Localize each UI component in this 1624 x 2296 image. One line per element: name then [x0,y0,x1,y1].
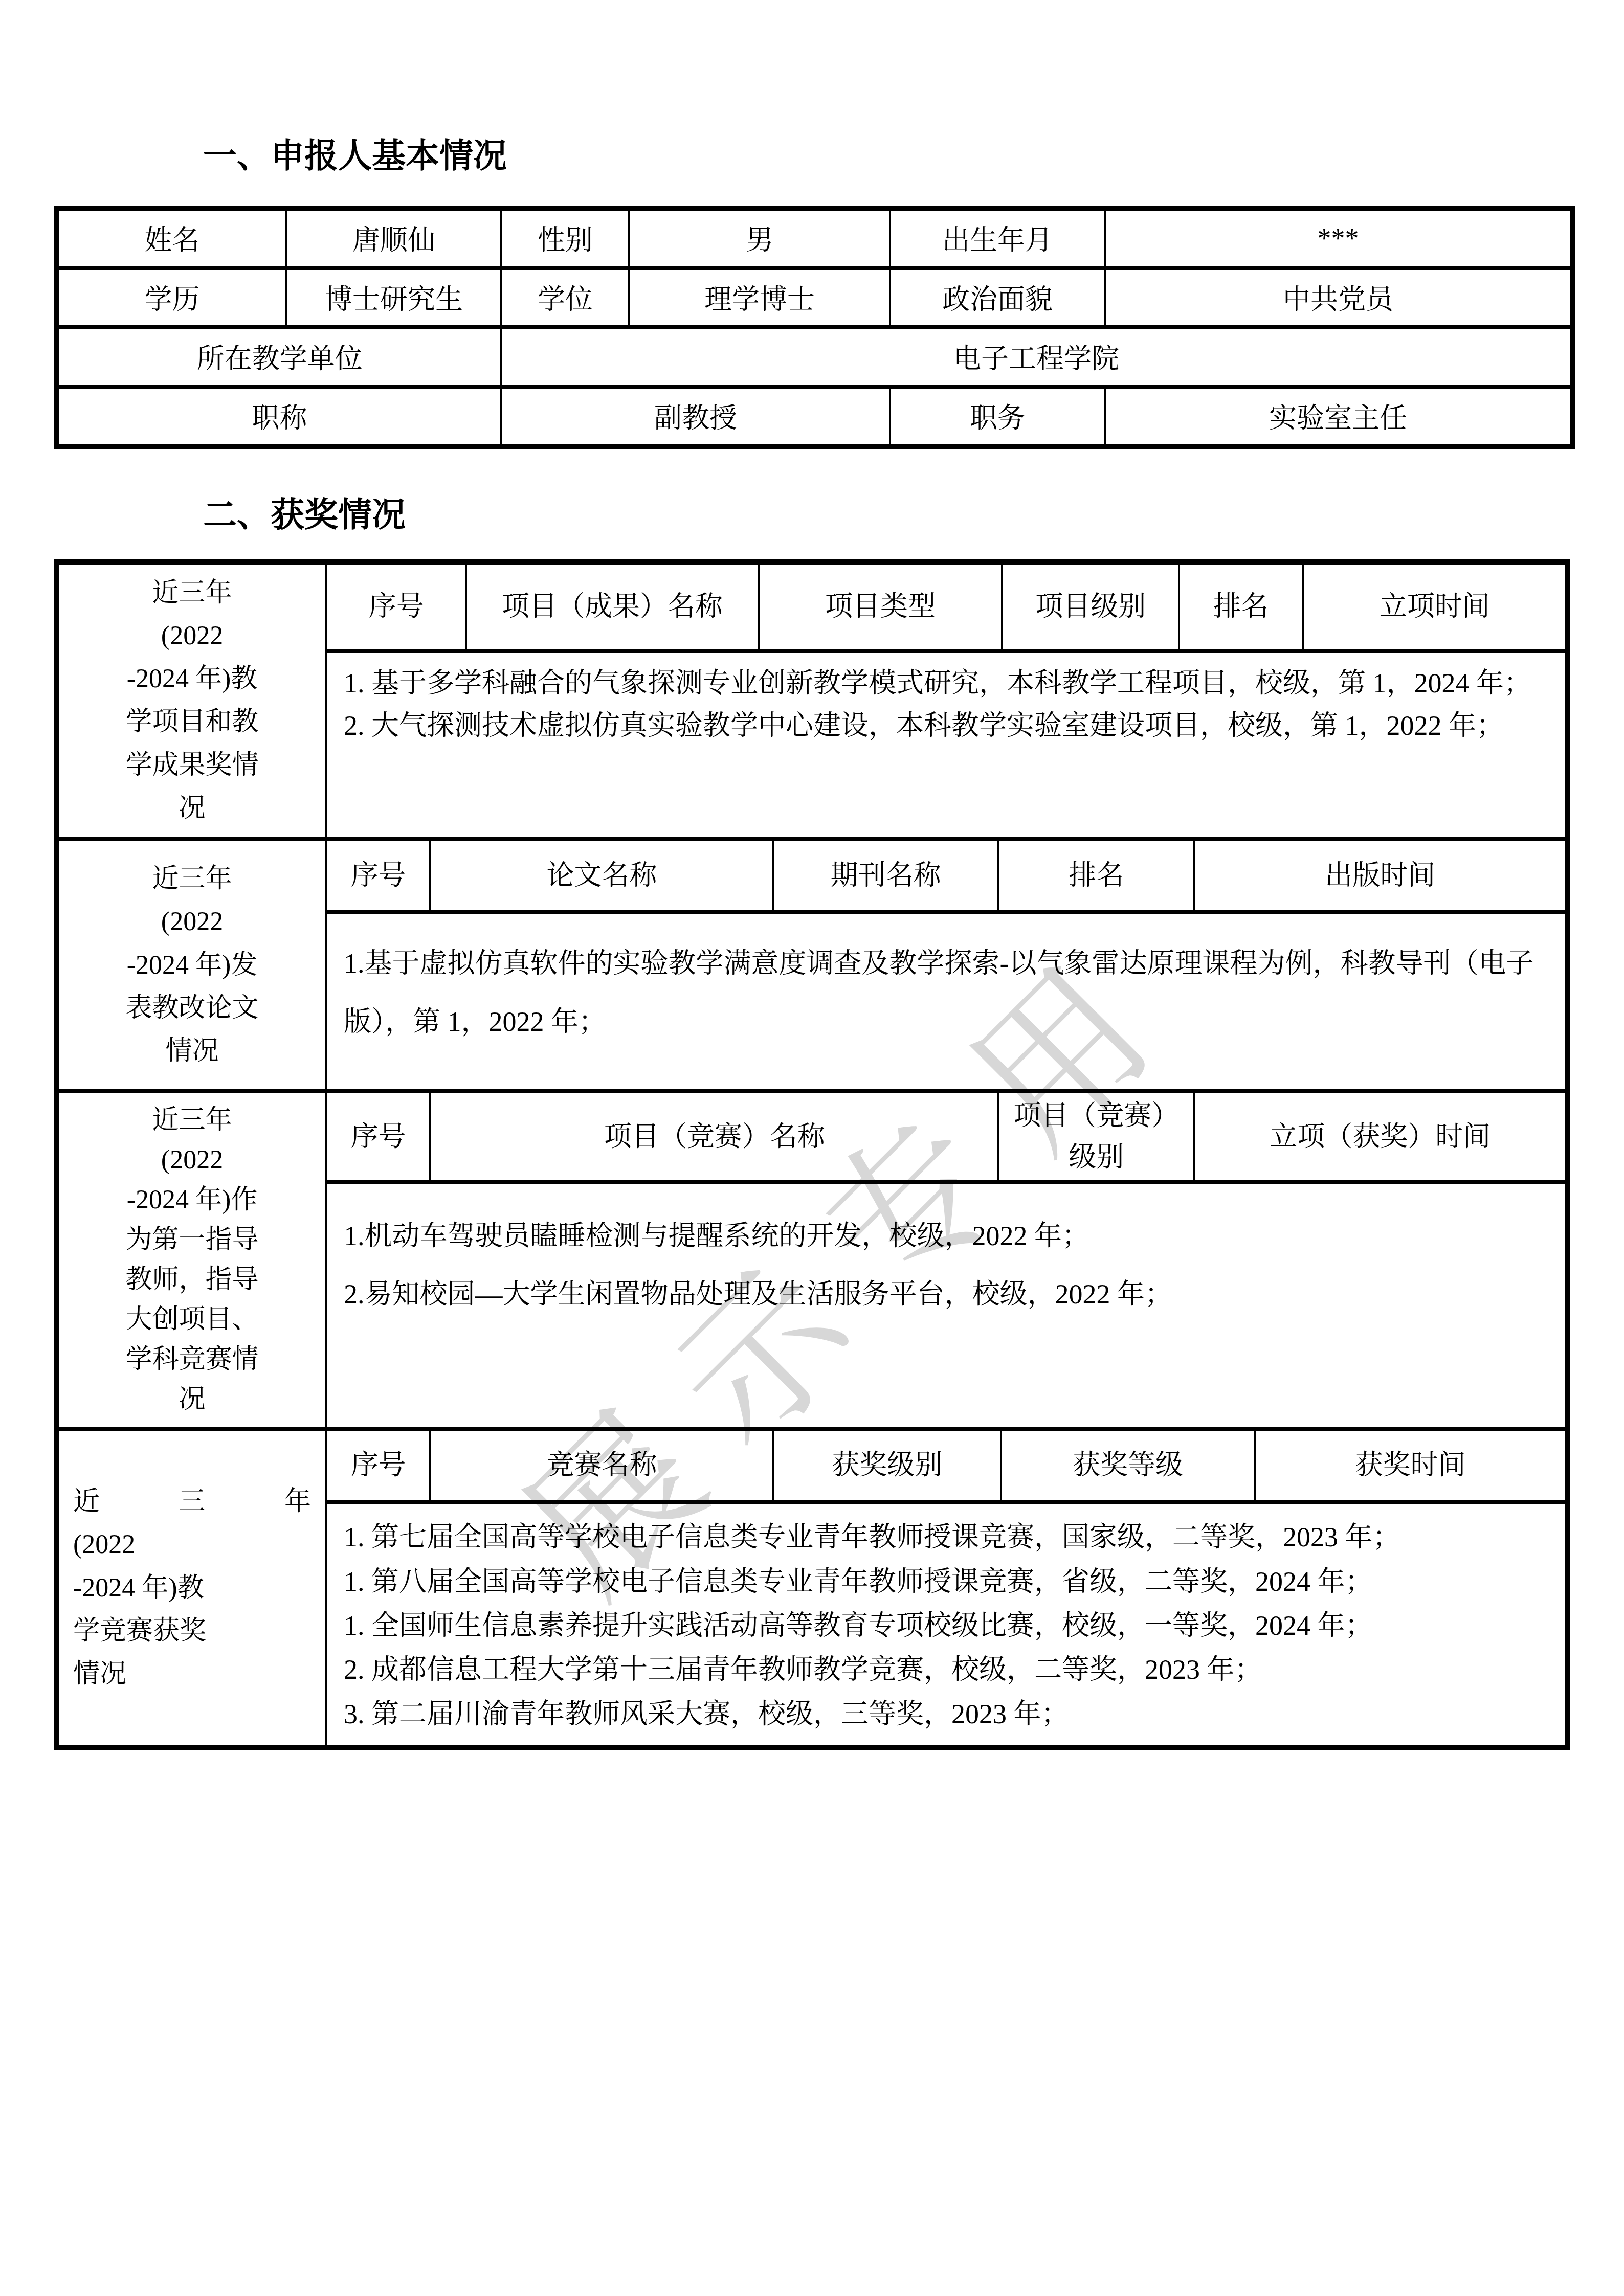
col-header-rank: 排名 [1180,565,1304,649]
award-item: 3. 第二届川渝青年教师风采大赛，校级，三等奖，2023 年； [344,1692,1547,1736]
award-block-papers-content: 1.基于虚拟仿真软件的实验教学满意度调查及教学探索-以气象雷达原理课程为例，科教… [327,914,1565,1089]
gender-label: 性别 [501,208,629,268]
award-block-papers: 近三年 (2022 -2024 年)发 表教改论文 情况 序号 论文名称 期刊名… [59,837,1565,1089]
name-value: 唐顺仙 [286,208,501,268]
award-item: 1. 第七届全国高等学校电子信息类专业青年教师授课竞赛，国家级，二等奖，2023… [344,1515,1547,1559]
page-content: 一、申报人基本情况 姓名 唐顺仙 性别 男 出生年月 *** 学历 博士研究生 … [0,0,1624,1750]
col-header-award-date: 获奖时间 [1256,1431,1565,1500]
col-header-project-competition-name: 项目（竞赛）名称 [431,1093,999,1180]
award-item: 2. 成都信息工程大学第十三届青年教师教学竞赛，校级，二等奖，2023 年； [344,1648,1547,1692]
award-block-teaching-projects: 近三年 (2022 -2024 年)教 学项目和教 学成果奖情 况 序号 项目（… [59,565,1565,837]
award-block-papers-label: 近三年 (2022 -2024 年)发 表教改论文 情况 [59,841,327,1089]
name-label: 姓名 [56,208,286,268]
degree-label: 学位 [501,268,629,327]
award-block-teaching-competitions-label: 近 三 年 (2022 -2024 年)教 学竞赛获奖 情况 [59,1431,327,1745]
award-block-teaching-projects-content: 1. 基于多学科融合的气象探测专业创新教学模式研究，本科教学工程项目，校级，第 … [327,653,1565,837]
professional-title-value: 副教授 [501,387,890,446]
award-block-teaching-projects-header: 序号 项目（成果）名称 项目类型 项目级别 排名 立项时间 [327,565,1565,653]
award-block-teaching-competitions-header: 序号 竞赛名称 获奖级别 获奖等级 获奖时间 [327,1431,1565,1504]
award-block-supervision: 近三年 (2022 -2024 年)作 为第一指导 教师，指导 大创项目、 学科… [59,1089,1565,1427]
basic-info-row-4: 职称 副教授 职务 实验室主任 [56,387,1573,446]
awards-table: 近三年 (2022 -2024 年)教 学项目和教 学成果奖情 况 序号 项目（… [54,559,1570,1750]
teaching-unit-label: 所在教学单位 [56,327,501,387]
basic-info-row-2: 学历 博士研究生 学位 理学博士 政治面貌 中共党员 [56,268,1573,327]
birth-value: *** [1105,208,1573,268]
col-header-seq: 序号 [327,565,467,649]
award-block-teaching-competitions: 近 三 年 (2022 -2024 年)教 学竞赛获奖 情况 序号 竞赛名称 获… [59,1427,1565,1745]
basic-info-row-1: 姓名 唐顺仙 性别 男 出生年月 *** [56,208,1573,268]
award-item: 1.机动车驾驶员瞌睡检测与提醒系统的开发，校级，2022 年； [344,1207,1547,1265]
col-header-start-date: 立项时间 [1304,565,1565,649]
award-item: 2.易知校园—大学生闲置物品处理及生活服务平台，校级，2022 年； [344,1266,1547,1323]
political-status-label: 政治面貌 [890,268,1105,327]
col-header-competition-name: 竞赛名称 [431,1431,774,1500]
degree-value: 理学博士 [629,268,890,327]
award-block-supervision-header: 序号 项目（竞赛）名称 项目（竞赛）级别 立项（获奖）时间 [327,1093,1565,1184]
political-status-value: 中共党员 [1105,268,1573,327]
award-item: 1. 基于多学科融合的气象探测专业创新教学模式研究，本科教学工程项目，校级，第 … [344,662,1547,705]
col-header-award-date: 立项（获奖）时间 [1195,1093,1565,1180]
education-value: 博士研究生 [286,268,501,327]
col-header-project-level: 项目级别 [1003,565,1180,649]
col-header-award-level: 获奖级别 [774,1431,1002,1500]
teaching-unit-value: 电子工程学院 [501,327,1573,387]
col-header-seq: 序号 [327,1431,431,1500]
col-header-project-name: 项目（成果）名称 [467,565,759,649]
col-header-award-grade: 获奖等级 [1002,1431,1256,1500]
award-block-papers-header: 序号 论文名称 期刊名称 排名 出版时间 [327,841,1565,914]
award-block-supervision-content: 1.机动车驾驶员瞌睡检测与提醒系统的开发，校级，2022 年； 2.易知校园—大… [327,1184,1565,1427]
col-header-paper-name: 论文名称 [431,841,774,910]
professional-title-label: 职称 [56,387,501,446]
award-item: 1. 第八届全国高等学校电子信息类专业青年教师授课竞赛，省级，二等奖，2024 … [344,1560,1547,1604]
col-header-seq: 序号 [327,841,431,910]
education-label: 学历 [56,268,286,327]
document-page: { "document": { "section1_title": "一、申报人… [0,0,1624,2296]
col-header-project-type: 项目类型 [760,565,1004,649]
award-item: 2. 大气探测技术虚拟仿真实验教学中心建设，本科教学实验室建设项目，校级，第 1… [344,705,1547,748]
birth-label: 出生年月 [890,208,1105,268]
award-block-teaching-projects-label: 近三年 (2022 -2024 年)教 学项目和教 学成果奖情 况 [59,565,327,837]
basic-info-row-3: 所在教学单位 电子工程学院 [56,327,1573,387]
award-item: 1.基于虚拟仿真软件的实验教学满意度调查及教学探索-以气象雷达原理课程为例，科教… [344,935,1547,1051]
gender-value: 男 [629,208,890,268]
award-block-supervision-label: 近三年 (2022 -2024 年)作 为第一指导 教师，指导 大创项目、 学科… [59,1093,327,1427]
col-header-seq: 序号 [327,1093,431,1180]
col-header-rank: 排名 [999,841,1195,910]
basic-info-table: 姓名 唐顺仙 性别 男 出生年月 *** 学历 博士研究生 学位 理学博士 政治… [54,206,1575,449]
post-value: 实验室主任 [1105,387,1573,446]
award-block-teaching-competitions-content: 1. 第七届全国高等学校电子信息类专业青年教师授课竞赛，国家级，二等奖，2023… [327,1504,1565,1745]
col-header-journal-name: 期刊名称 [774,841,999,910]
section1-title: 一、申报人基本情况 [54,0,1570,176]
section2-title: 二、获奖情况 [54,449,1570,535]
post-label: 职务 [890,387,1105,446]
col-header-publish-date: 出版时间 [1195,841,1565,910]
col-header-project-competition-level: 项目（竞赛）级别 [999,1093,1195,1180]
award-item: 1. 全国师生信息素养提升实践活动高等教育专项校级比赛，校级，一等奖，2024 … [344,1604,1547,1648]
